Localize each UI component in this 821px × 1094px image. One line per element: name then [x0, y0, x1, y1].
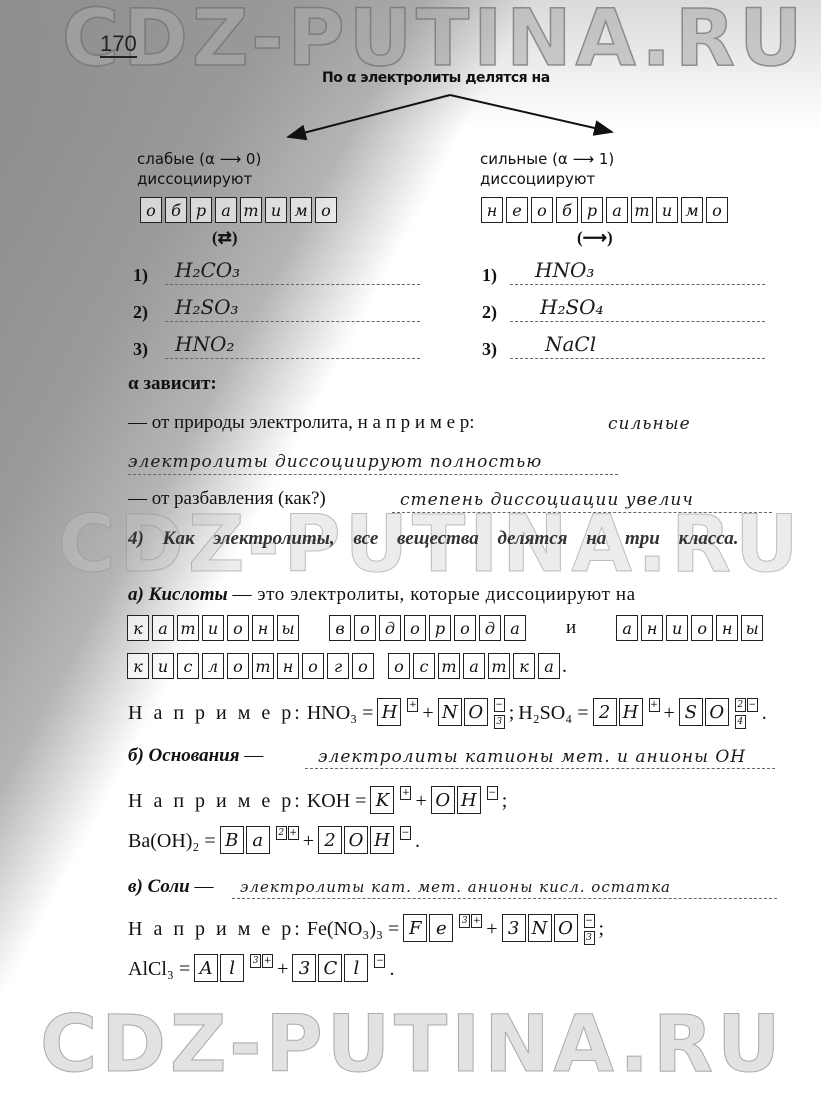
letter-box[interactable]: о: [315, 197, 337, 223]
salts-line: в) Соли —: [128, 876, 213, 898]
letter-box[interactable]: O: [554, 914, 578, 942]
letter-box[interactable]: в: [329, 615, 351, 641]
letter-box[interactable]: S: [679, 698, 703, 726]
answer-line: [392, 512, 772, 513]
nature-answer-2: электролиты диссоциируют полностью: [128, 452, 542, 472]
acid-example-line: Н а п р и м е р: HNO₃ = H + + NO −3 ; H₂…: [128, 698, 767, 729]
letter-box[interactable]: l: [344, 954, 368, 982]
charge-box[interactable]: 2: [735, 698, 746, 712]
letter-box[interactable]: N: [528, 914, 552, 942]
h2so4-cation-charge: +: [649, 698, 660, 712]
letter-box[interactable]: н: [277, 653, 299, 679]
example-label: Н а п р и м е р:: [128, 698, 303, 728]
koh-example-line: Н а п р и м е р: KOH = K + + OH − ;: [128, 786, 507, 816]
strong-answer-boxes: необратимо: [481, 197, 728, 223]
answer-line: [165, 321, 420, 322]
charge-box[interactable]: +: [262, 954, 273, 968]
weak-example-1-number: 1): [133, 265, 148, 286]
letter-box[interactable]: о: [706, 197, 728, 223]
letter-box[interactable]: к: [127, 615, 149, 641]
letter-box[interactable]: о: [454, 615, 476, 641]
hno3-formula: HNO₃ =: [307, 698, 374, 728]
feno3-anion: 3NO: [502, 914, 578, 942]
letter-box[interactable]: а: [606, 197, 628, 223]
strong-example-1-number: 1): [482, 265, 497, 286]
letter-box[interactable]: б: [165, 197, 187, 223]
strong-dissociate-label: диссоциируют: [480, 170, 595, 188]
letter-box[interactable]: т: [488, 653, 510, 679]
h2so4-anion: SO: [679, 698, 729, 726]
letter-box[interactable]: а: [215, 197, 237, 223]
example-label: Н а п р и м е р:: [128, 914, 303, 944]
letter-box[interactable]: а: [463, 653, 485, 679]
weak-example-2-number: 2): [133, 302, 148, 323]
letter-box[interactable]: р: [190, 197, 212, 223]
section-heading: По α электролиты делятся на: [322, 70, 550, 86]
plus-sign: +: [303, 826, 314, 856]
acids-definition: — это электролиты, которые диссоциируют …: [232, 584, 635, 605]
letter-box[interactable]: e: [429, 914, 453, 942]
letter-box[interactable]: ы: [277, 615, 299, 641]
baoh2-anion-charge: −: [400, 826, 411, 840]
plus-sign: +: [415, 786, 426, 816]
charge-box[interactable]: +: [288, 826, 299, 840]
letter-box[interactable]: о: [531, 197, 553, 223]
period: .: [762, 698, 767, 728]
letter-box[interactable]: H: [619, 698, 643, 726]
page-number: 170: [100, 32, 137, 58]
letter-box[interactable]: A: [194, 954, 218, 982]
charge-box[interactable]: +: [649, 698, 660, 712]
letter-box[interactable]: H: [377, 698, 401, 726]
letter-box[interactable]: е: [506, 197, 528, 223]
nature-answer-1: сильные: [608, 414, 691, 434]
letter-box[interactable]: д: [479, 615, 501, 641]
letter-box[interactable]: O: [431, 786, 455, 814]
semicolon: ;: [502, 786, 508, 816]
letter-box[interactable]: о: [352, 653, 374, 679]
charge-box[interactable]: 3: [250, 954, 261, 968]
hno3-cation: H: [377, 698, 401, 726]
irreversible-symbol: (⟶): [577, 228, 613, 248]
bases-line: б) Основания —: [128, 745, 263, 767]
letter-box[interactable]: 3: [502, 914, 526, 942]
charge-box[interactable]: 2: [276, 826, 287, 840]
charge-box[interactable]: −: [584, 914, 595, 928]
letter-box[interactable]: н: [641, 615, 663, 641]
answer-line: [510, 321, 765, 322]
koh-formula: KOH =: [307, 786, 367, 816]
watermark-bottom: CDZ-PUTINA.RU: [40, 1000, 784, 1090]
baoh2-cation: Ba: [220, 826, 270, 854]
charge-box[interactable]: −: [747, 698, 758, 712]
plus-sign: +: [277, 954, 288, 984]
hno3-cation-charge: +: [407, 698, 418, 712]
plus-sign: +: [486, 914, 497, 944]
letter-box[interactable]: и: [265, 197, 287, 223]
bases-definition: электролиты катионы мет. и анионы OH: [318, 747, 746, 767]
weak-dissociate-label: диссоциируют: [137, 170, 252, 188]
strong-example-3: NaCl: [545, 332, 596, 356]
letter-box[interactable]: т: [631, 197, 653, 223]
letter-box[interactable]: H: [370, 826, 394, 854]
charge-box[interactable]: 3: [459, 914, 470, 928]
letter-box[interactable]: ы: [741, 615, 763, 641]
index-box[interactable]: 3: [494, 715, 505, 729]
letter-box[interactable]: а: [616, 615, 638, 641]
letter-box[interactable]: O: [705, 698, 729, 726]
example-label: Н а п р и м е р:: [128, 786, 303, 816]
charge-box[interactable]: −: [400, 826, 411, 840]
dash: —: [244, 745, 263, 766]
answer-line: [510, 358, 765, 359]
letter-box[interactable]: о: [404, 615, 426, 641]
letter-box[interactable]: л: [202, 653, 224, 679]
answer-line: [305, 768, 775, 769]
feno3-cation: Fe: [403, 914, 453, 942]
alcl3-anion-charge: −: [374, 954, 385, 968]
charge-box[interactable]: +: [407, 698, 418, 712]
alpha-depends-title: α зависит:: [128, 373, 217, 395]
acids-label: а) Кислоты: [128, 584, 228, 605]
letter-box[interactable]: р: [581, 197, 603, 223]
letter-box[interactable]: г: [327, 653, 349, 679]
weak-answer-boxes: обратимо: [140, 197, 337, 223]
plus-sign: +: [422, 698, 433, 728]
letter-box[interactable]: м: [290, 197, 312, 223]
letter-box[interactable]: о: [227, 653, 249, 679]
strong-example-1: HNO₃: [535, 258, 594, 282]
answer-word-cations: катионы: [127, 615, 299, 641]
letter-box[interactable]: 2: [318, 826, 342, 854]
acids-answer-row-1: катионы водорода и анионы: [127, 615, 763, 641]
hno3-anion: NO: [438, 698, 488, 726]
acids-line: а) Кислоты — это электролиты, которые ди…: [128, 584, 636, 606]
letter-box[interactable]: и: [656, 197, 678, 223]
letter-box[interactable]: к: [127, 653, 149, 679]
strong-example-2: H₂SO₄: [540, 295, 604, 319]
letter-box[interactable]: C: [318, 954, 342, 982]
baoh2-anion: 2OH: [318, 826, 394, 854]
baoh2-formula: Ba(OH)₂ =: [128, 826, 216, 856]
letter-box[interactable]: N: [438, 698, 462, 726]
letter-box[interactable]: н: [252, 615, 274, 641]
letter-box[interactable]: о: [227, 615, 249, 641]
letter-box[interactable]: к: [513, 653, 535, 679]
koh-anion-charge: −: [487, 786, 498, 800]
letter-box[interactable]: с: [177, 653, 199, 679]
reversible-symbol: (⇄): [212, 228, 238, 248]
weak-example-1: H₂CO₃: [175, 258, 240, 282]
koh-cation: K: [370, 786, 394, 814]
answer-word-hydrogen: водорода: [329, 615, 526, 641]
letter-box[interactable]: и: [152, 653, 174, 679]
letter-box[interactable]: о: [302, 653, 324, 679]
letter-box[interactable]: O: [344, 826, 368, 854]
h2so4-cation: 2H: [593, 698, 643, 726]
weak-example-2: H₂SO₃: [175, 295, 239, 319]
weak-example-3-number: 3): [133, 339, 148, 360]
task-4-prompt: 4) Как электролиты, все вещества делятся…: [128, 528, 778, 550]
alcl3-formula: AlCl₃ =: [128, 954, 190, 984]
feno3-formula: Fe(NO₃)₃ =: [307, 914, 399, 944]
letter-box[interactable]: т: [240, 197, 262, 223]
alcl3-cation-charge: 3+: [250, 954, 273, 968]
bases-label: б) Основания: [128, 745, 240, 766]
letter-box[interactable]: о: [691, 615, 713, 641]
h2so4-formula: H₂SO₄ =: [518, 698, 588, 728]
charge-box[interactable]: +: [471, 914, 482, 928]
strong-title: сильные (α ⟶ 1): [480, 150, 614, 168]
letter-box[interactable]: l: [220, 954, 244, 982]
letter-box[interactable]: и: [202, 615, 224, 641]
letter-box[interactable]: K: [370, 786, 394, 814]
answer-word-acidic: кислотного: [127, 653, 374, 679]
letter-box[interactable]: а: [504, 615, 526, 641]
letter-box[interactable]: O: [464, 698, 488, 726]
charge-box[interactable]: +: [400, 786, 411, 800]
letter-box[interactable]: а: [152, 615, 174, 641]
conjunction-and: и: [566, 617, 576, 639]
answer-line: [510, 284, 765, 285]
letter-box[interactable]: H: [457, 786, 481, 814]
baoh2-example-line: Ba(OH)₂ = Ba 2+ + 2OH − .: [128, 826, 420, 856]
strong-example-2-number: 2): [482, 302, 497, 323]
acids-answer-row-2: кислотного остатка .: [127, 653, 567, 679]
letter-box[interactable]: 2: [593, 698, 617, 726]
period: .: [562, 655, 567, 678]
letter-box[interactable]: н: [481, 197, 503, 223]
index-box[interactable]: 4: [735, 715, 746, 729]
charge-box[interactable]: −: [487, 786, 498, 800]
letter-box[interactable]: 3: [292, 954, 316, 982]
letter-box[interactable]: р: [429, 615, 451, 641]
alcl3-example-line: AlCl₃ = Al 3+ + 3Cl − .: [128, 954, 394, 984]
charge-box[interactable]: −: [374, 954, 385, 968]
letter-box[interactable]: а: [538, 653, 560, 679]
letter-box[interactable]: F: [403, 914, 427, 942]
letter-box[interactable]: д: [379, 615, 401, 641]
letter-box[interactable]: о: [140, 197, 162, 223]
letter-box[interactable]: о: [354, 615, 376, 641]
alcl3-anion: 3Cl: [292, 954, 368, 982]
feno3-example-line: Н а п р и м е р: Fe(NO₃)₃ = Fe 3+ + 3NO …: [128, 914, 604, 945]
letter-box[interactable]: м: [681, 197, 703, 223]
index-box[interactable]: 3: [584, 931, 595, 945]
salts-definition: электролиты кат. мет. анионы кисл. остат…: [240, 878, 671, 896]
letter-box[interactable]: т: [177, 615, 199, 641]
letter-box[interactable]: н: [716, 615, 738, 641]
letter-box[interactable]: т: [252, 653, 274, 679]
answer-line: [165, 358, 420, 359]
answer-line: [165, 284, 420, 285]
salts-label: в) Соли: [128, 876, 190, 897]
dilution-label: — от разбавления (как?): [128, 488, 326, 510]
strong-example-3-number: 3): [482, 339, 497, 360]
letter-box[interactable]: т: [438, 653, 460, 679]
semicolon: ;: [509, 698, 515, 728]
nature-label: — от природы электролита, н а п р и м е …: [128, 412, 475, 434]
baoh2-cation-charge: 2+: [276, 826, 299, 840]
koh-cation-charge: +: [400, 786, 411, 800]
answer-line: [128, 474, 618, 475]
hno3-anion-charge: −3: [494, 698, 505, 729]
weak-title: слабые (α ⟶ 0): [137, 150, 261, 168]
letter-box[interactable]: с: [413, 653, 435, 679]
alcl3-cation: Al: [194, 954, 244, 982]
answer-line: [232, 898, 777, 899]
semicolon: ;: [599, 914, 605, 944]
feno3-anion-charge: −3: [584, 914, 595, 945]
letter-box[interactable]: б: [556, 197, 578, 223]
letter-box[interactable]: и: [666, 615, 688, 641]
h2so4-anion-charge: 2−4: [735, 698, 758, 729]
answer-word-residue: остатка: [388, 653, 560, 679]
dilution-answer: степень диссоциации увелич: [400, 490, 694, 510]
charge-box[interactable]: −: [494, 698, 505, 712]
period: .: [415, 826, 420, 856]
letter-box[interactable]: о: [388, 653, 410, 679]
plus-sign: +: [664, 698, 675, 728]
weak-example-3: HNO₂: [175, 332, 234, 356]
letter-box[interactable]: a: [246, 826, 270, 854]
letter-box[interactable]: B: [220, 826, 244, 854]
koh-anion: OH: [431, 786, 481, 814]
feno3-cation-charge: 3+: [459, 914, 482, 928]
period: .: [389, 954, 394, 984]
answer-word-anions: анионы: [616, 615, 763, 641]
dash: —: [194, 876, 213, 897]
